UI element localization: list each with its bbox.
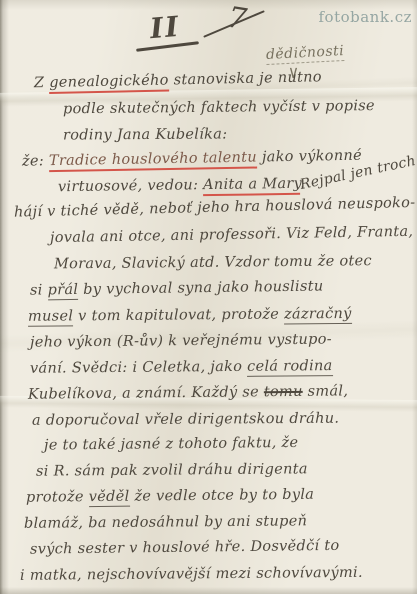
handwriting-segment: i matka, nejschovívavější mezi schovívav…: [20, 565, 363, 584]
handwriting-line: Kubelíkova, a známí. Každý se tomu smál,: [0, 378, 417, 408]
handwriting-segment: v tom kapitulovat, protože: [73, 307, 284, 325]
handwriting-segment: je to také jasné z tohoto faktu, že: [44, 435, 299, 454]
handwriting-segment: Z: [34, 75, 50, 91]
handwriting-segment: smál,: [303, 383, 349, 399]
handwriting-segment: Morava, Slavický atd. Vzdor tomu že otec: [54, 253, 372, 272]
handwriting-segment: by vychoval syna jako houslistu: [78, 279, 323, 298]
handwriting-segment: genealogického: [49, 72, 169, 93]
handwriting-segment: Kubelíkova, a známí. Každý se: [28, 384, 264, 402]
handwriting-segment: Anita a Mary: [203, 175, 300, 195]
page-number-numeral: II: [149, 10, 182, 46]
handwriting-line: vání. Svědci: i Celetka, jako celá rodin…: [0, 353, 417, 383]
handwriting-segment: protože: [26, 489, 89, 506]
handwriting-segment: musel: [28, 308, 73, 326]
handwriting-line: i matka, nejschovívavější mezi schovívav…: [0, 560, 417, 590]
handwriting-segment: je nutno: [259, 69, 322, 86]
handwriting-line: Z genealogického stanoviska je nutno: [0, 63, 417, 98]
handwriting-segment: vání. Svědci: i Celetka, jako: [30, 359, 247, 377]
handwriting-segment: jeho výkon (R-ův) k veřejnému vystupo-: [30, 331, 332, 350]
handwriting-line: jeho výkon (R-ův) k veřejnému vystupo-: [0, 327, 417, 357]
handwriting-segment: a doporučoval vřele dirigentskou dráhu.: [32, 410, 339, 428]
handwriting-segment: si R. sám pak zvolil dráhu dirigenta: [36, 462, 308, 480]
handwriting-segment: celá rodina: [247, 358, 333, 376]
handwriting-line: podle skutečných faktech vyčíst v popise: [0, 94, 417, 124]
handwriting-segment: blamáž, ba nedosáhnul by ani stupeň: [24, 513, 307, 531]
handwriting-line: protože věděl že vedle otce by to byla: [0, 482, 417, 512]
handwriting-line: svých sester v houslové hře. Dosvědčí to: [0, 533, 417, 564]
handwriting-line: je to také jasné z tohoto faktu, že: [0, 430, 417, 460]
handwriting-segment: že vedle otce by to byla: [129, 487, 314, 505]
handwriting-segment: rodiny Jana Kubelíka:: [63, 126, 227, 143]
handwriting-segment: věděl: [89, 489, 130, 507]
handwriting-segment: .: [300, 175, 305, 191]
manuscript-page: fotobank.cz II 7 dědičnosti ∨ Rejpal jen…: [0, 0, 417, 594]
watermark: fotobank.cz: [318, 8, 412, 26]
handwriting-segment: jako výkonné: [257, 147, 362, 165]
handwriting-segment: si: [30, 282, 48, 298]
handwriting-segment: svých sester v houslové hře. Dosvědčí to: [30, 538, 340, 558]
handwriting-segment: přál: [47, 282, 78, 300]
handwriting-segment: podle skutečných faktech vyčíst v popise: [63, 98, 375, 117]
handwriting-segment: tomu: [264, 384, 303, 400]
inserted-word: dědičnosti: [266, 43, 345, 65]
handwriting-segment: hájí v tiché vědě, neboť jeho hra houslo…: [14, 195, 416, 221]
handwriting-lines: Z genealogického stanoviska je nutnopodl…: [0, 72, 417, 590]
handwriting-line: si přál by vychoval syna jako houslistu: [0, 273, 417, 305]
handwriting-line: jovala ani otce, ani professoři. Viz Fel…: [0, 220, 417, 253]
handwriting-segment: jovala ani otce, ani professoři. Viz Fel…: [50, 224, 414, 246]
handwriting-segment: stanoviska: [169, 71, 260, 89]
handwriting-segment: Tradice houslového talentu: [49, 149, 257, 171]
handwriting-segment: že:: [22, 153, 49, 169]
handwriting-segment: virtuosové, vedou:: [58, 177, 203, 195]
handwriting-segment: zázračný: [284, 306, 352, 324]
